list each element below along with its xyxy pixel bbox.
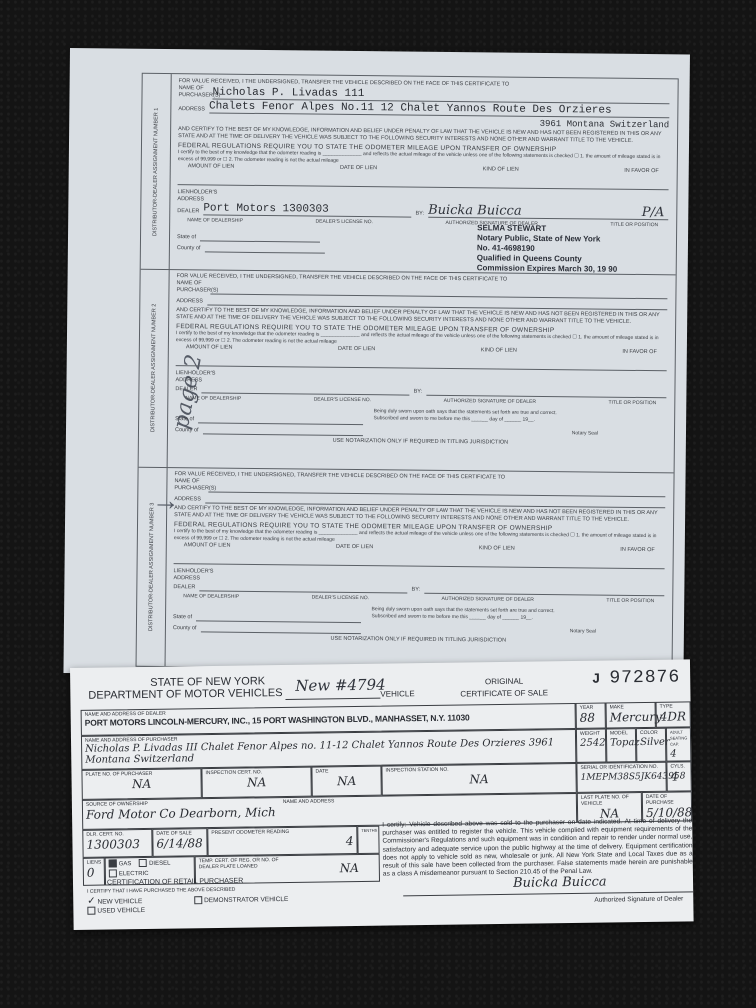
dlr-cert-value: 1300303: [86, 837, 148, 852]
dealer-field[interactable]: [201, 384, 409, 395]
auth-sig-label: AUTHORIZED SIGNATURE OF DEALER: [444, 398, 536, 406]
dealer-label: DEALER: [177, 208, 199, 215]
notary-seal-label: Notary Seal: [570, 608, 665, 639]
state-field[interactable]: [198, 414, 364, 425]
auth-sig-label: AUTHORIZED SIGNATURE OF DEALER: [441, 596, 533, 604]
date-purchase-label: DATE OF PURCHASE: [646, 793, 688, 806]
notary-stamp: SELMA STEWART Notary Public, State of Ne…: [477, 223, 618, 274]
model-value: Topaz: [610, 736, 632, 750]
dealer-signature: Buicka Buicca: [428, 203, 522, 219]
department-title: DEPARTMENT OF MOTOR VEHICLES: [88, 687, 282, 702]
check-icon: ✓: [87, 896, 96, 907]
auth-sig-label: Authorized Signature of Dealer: [594, 895, 683, 903]
name-label: NAME OF PURCHASER(S): [176, 280, 206, 294]
signature-field[interactable]: [426, 387, 666, 399]
demonstrator-checkbox[interactable]: DEMONSTRATOR VEHICLE: [194, 896, 288, 904]
county-label: County of: [177, 245, 201, 252]
notary-seal-label: Notary Seal: [572, 410, 667, 441]
sworn-text: Being duly sworn upon oath says that the…: [371, 606, 560, 638]
county-field[interactable]: [200, 623, 361, 634]
temp-cert-label: TEMP. CERT. OF REG. OR NO. OF DEALER PLA…: [199, 857, 299, 870]
date-sale-value: 6/14/88: [156, 836, 203, 851]
dealer-label: DEALER: [173, 584, 195, 591]
lien-col: AMOUNT OF LIEN: [184, 542, 231, 549]
by-label: BY:: [412, 587, 421, 594]
lienholder-label: LIENHOLDER'S ADDRESS: [175, 370, 215, 384]
original-label: ORIGINALCERTIFICATE OF SALE: [460, 675, 548, 700]
certificate-of-sale-text: CERTIFICATE OF SALE: [460, 687, 548, 700]
lien-col: IN FAVOR OF: [622, 349, 657, 356]
dealer-name[interactable]: Port Motors 1300303: [203, 202, 329, 215]
assignment-frame: DISTRIBUTOR-DEALER ASSIGNMENT NUMBER 1 F…: [136, 73, 679, 673]
address-label: ADDRESS: [174, 496, 201, 503]
address-label: ADDRESS: [176, 298, 203, 305]
certificate-of-sale: STATE OF NEW YORK DEPARTMENT OF MOTOR VE…: [70, 659, 694, 930]
title-label: TITLE OR POSITION: [608, 400, 656, 408]
lien-col: IN FAVOR OF: [620, 547, 655, 554]
tenths-label: TENTHS: [361, 828, 375, 834]
serial-digits: 972876: [609, 667, 680, 688]
title-value: P/A: [642, 209, 665, 216]
vehicle-label: VEHICLE: [380, 689, 414, 698]
assignment-1: DISTRIBUTOR-DEALER ASSIGNMENT NUMBER 1 F…: [141, 74, 678, 276]
fuel-gas-label: GAS: [119, 861, 132, 867]
dealer-signature: Buicka Buicca: [513, 875, 607, 891]
state-field[interactable]: [196, 612, 362, 623]
insp-station-value: NA: [386, 771, 573, 788]
lienholder-label: LIENHOLDER'S ADDRESS: [173, 568, 213, 582]
state-label: State of: [175, 416, 194, 423]
dealership-label: NAME OF DEALERSHIP: [185, 395, 241, 403]
name-label: NAME OF PURCHASER(S): [178, 85, 208, 99]
name-address-label: NAME AND ADDRESS: [283, 798, 334, 805]
license-label: DEALER'S LICENSE NO.: [314, 397, 371, 405]
insp-cert-value: NA: [206, 775, 308, 790]
purchaser-name[interactable]: Nicholas P. Livadas 111: [212, 86, 364, 100]
purchaser-address-2[interactable]: 3961 Montana Switzerland: [540, 119, 670, 130]
dealership-label: NAME OF DEALERSHIP: [183, 593, 239, 601]
lien-col: AMOUNT OF LIEN: [188, 163, 235, 170]
used-vehicle-label: USED VEHICLE: [97, 907, 145, 915]
date-value: NA: [316, 774, 378, 789]
county-label: County of: [173, 625, 197, 632]
stock-number: New #4794: [295, 676, 386, 695]
cyls-value: 4: [670, 769, 687, 783]
make-value: Mercury: [610, 710, 652, 725]
last-plate-label: LAST PLATE NO. OF VEHICLE: [581, 794, 638, 807]
type-value: 4DR: [660, 709, 687, 723]
seating-value: 4: [670, 747, 687, 761]
lien-col: KIND OF LIEN: [481, 347, 517, 354]
state-label: State of: [173, 614, 192, 621]
lien-col: IN FAVOR OF: [624, 168, 659, 175]
assignment-2: DISTRIBUTOR-DEALER ASSIGNMENT NUMBER 2 F…: [139, 269, 676, 474]
lien-col: DATE OF LIEN: [338, 346, 375, 353]
used-vehicle-checkbox[interactable]: USED VEHICLE: [87, 904, 288, 916]
lien-col: KIND OF LIEN: [483, 166, 519, 173]
name-label: NAME OF PURCHASER(S): [174, 478, 204, 492]
certify-statement: I certify: Vehicle described above was s…: [382, 817, 693, 879]
by-label: BY:: [415, 211, 424, 218]
state-label: State of: [177, 234, 196, 241]
year-value: 88: [580, 711, 602, 725]
sworn-text: Being duly sworn upon oath says that the…: [373, 408, 562, 440]
plate-value: NA: [86, 776, 198, 792]
lienholder-label: LIENHOLDER'S ADDRESS: [177, 189, 217, 203]
fuel-diesel-label: DIESEL: [149, 861, 170, 867]
demonstrator-label: DEMONSTRATOR VEHICLE: [204, 896, 288, 904]
county-label: County of: [175, 427, 199, 434]
address-label: ADDRESS: [178, 106, 205, 113]
license-label: DEALER'S LICENSE NO.: [316, 219, 373, 227]
new-vehicle-label: NEW VEHICLE: [97, 898, 142, 906]
lien-col: AMOUNT OF LIEN: [186, 344, 233, 351]
fuel-electric[interactable]: ELECTRIC: [109, 871, 149, 878]
new-vehicle-checkbox[interactable]: ✓ NEW VEHICLE: [87, 898, 142, 906]
fuel-electric-label: ELECTRIC: [119, 871, 149, 877]
dealer-label: DEALER: [175, 386, 197, 393]
odometer-value: 4: [211, 834, 353, 850]
lien-col: DATE OF LIEN: [336, 544, 373, 551]
weight-value: 2542: [580, 737, 602, 751]
serial-number: J972876: [592, 667, 680, 688]
color-value: Silver: [640, 736, 662, 750]
seating-label: ADULT SEATING CAP.: [670, 729, 687, 747]
retail-certification: CERTIFICATION OF RETAIL PURCHASER I CERT…: [87, 876, 289, 916]
lien-col: KIND OF LIEN: [479, 545, 515, 552]
vin-value: 1MEPM38S5JK643958: [580, 770, 662, 785]
license-label: DEALER'S LICENSE NO.: [312, 595, 369, 603]
county-field[interactable]: [203, 425, 364, 436]
dealership-label: NAME OF DEALERSHIP: [187, 217, 243, 225]
temp-cert-value: NA: [340, 861, 359, 875]
title-label: TITLE OR POSITION: [606, 598, 654, 606]
lien-col: DATE OF LIEN: [340, 165, 377, 172]
by-label: BY:: [414, 389, 423, 396]
fuel-diesel[interactable]: DIESEL: [139, 861, 170, 867]
assignment-sheet: page 2 ↓ DISTRIBUTOR-DEALER ASSIGNMENT N…: [63, 48, 690, 679]
serial-prefix: J: [592, 672, 602, 688]
fuel-gas[interactable]: GAS: [109, 861, 132, 867]
dealer-field[interactable]: [199, 582, 407, 593]
assignment-3: DISTRIBUTOR-DEALER ASSIGNMENT NUMBER 3 F…: [137, 467, 674, 672]
signature-field[interactable]: [424, 585, 664, 597]
